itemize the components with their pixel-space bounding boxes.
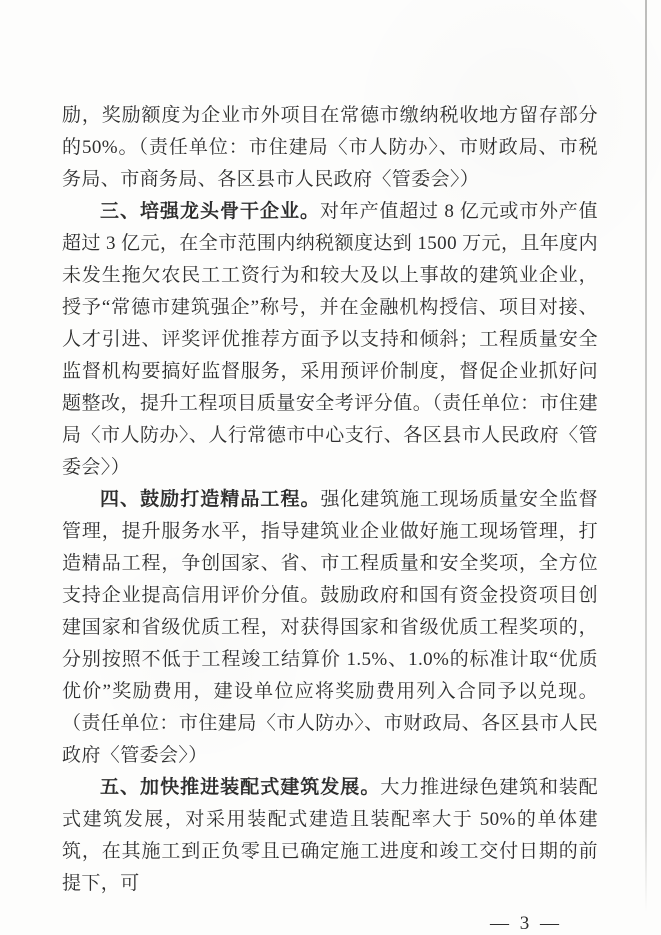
section-3-heading: 三、培强龙头骨干企业。 (100, 201, 320, 222)
paragraph-continuation: 励，奖励额度为企业市外项目在常德市缴纳税收地方留存部分的50%。（责任单位：市住… (62, 100, 598, 196)
section-4-heading: 四、鼓励打造精品工程。 (100, 489, 321, 510)
paragraph-section-5: 五、加快推进装配式建筑发展。大力推进绿色建筑和装配式建筑发展，对采用装配式建造且… (62, 772, 598, 900)
paragraph-text: 对年产值超过 8 亿元或市外产值超过 3 亿元，在全市范围内纳税额度达到 150… (62, 201, 598, 478)
scan-edge-line (645, 0, 647, 912)
paragraph-text: 励，奖励额度为企业市外项目在常德市缴纳税收地方留存部分的50%。（责任单位：市住… (62, 105, 598, 190)
paragraph-section-3: 三、培强龙头骨干企业。对年产值超过 8 亿元或市外产值超过 3 亿元，在全市范围… (62, 196, 598, 484)
paragraph-text: 强化建筑施工现场质量安全监督管理，提升服务水平，指导建筑业企业做好施工现场管理，… (62, 489, 598, 766)
paragraph-section-4: 四、鼓励打造精品工程。强化建筑施工现场质量安全监督管理，提升服务水平，指导建筑业… (62, 484, 598, 772)
section-5-heading: 五、加快推进装配式建筑发展。 (100, 777, 380, 798)
page-number: — 3 — (62, 908, 598, 935)
document-page: 励，奖励额度为企业市外项目在常德市缴纳税收地方留存部分的50%。（责任单位：市住… (0, 0, 661, 935)
document-body: 励，奖励额度为企业市外项目在常德市缴纳税收地方留存部分的50%。（责任单位：市住… (62, 100, 598, 935)
